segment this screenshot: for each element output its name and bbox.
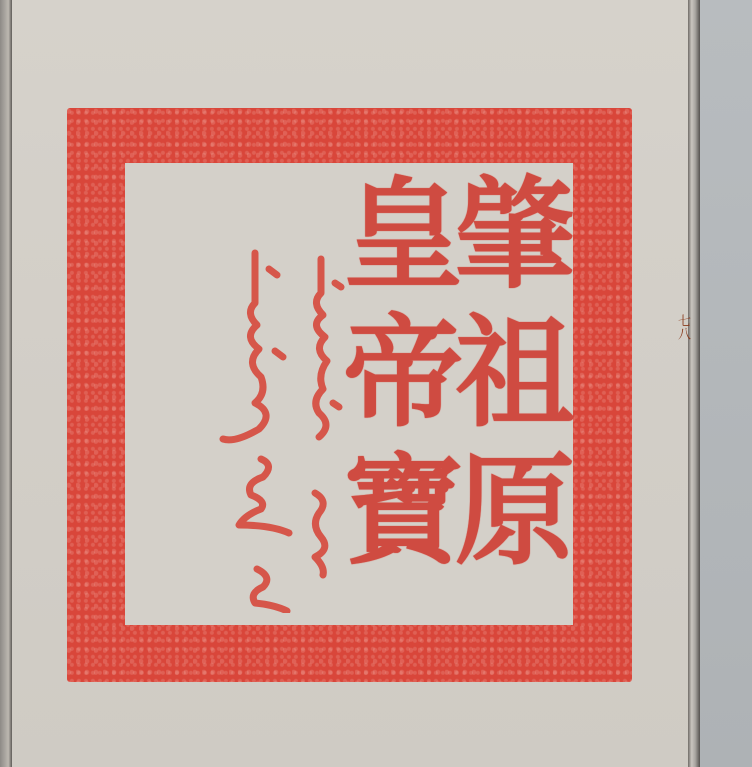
seal-impression: 肇祖原皇帝寶 <box>67 108 632 682</box>
manchu-script-icon <box>215 233 345 613</box>
book-spine-edge <box>0 0 12 767</box>
seal-manchu-text <box>215 233 345 613</box>
page-number: 七八 <box>672 314 690 340</box>
seal-chinese-text: 肇祖原皇帝寶 <box>337 171 561 617</box>
page-edge <box>688 0 700 767</box>
seal-field: 肇祖原皇帝寶 <box>125 163 573 625</box>
backdrop <box>700 0 752 767</box>
